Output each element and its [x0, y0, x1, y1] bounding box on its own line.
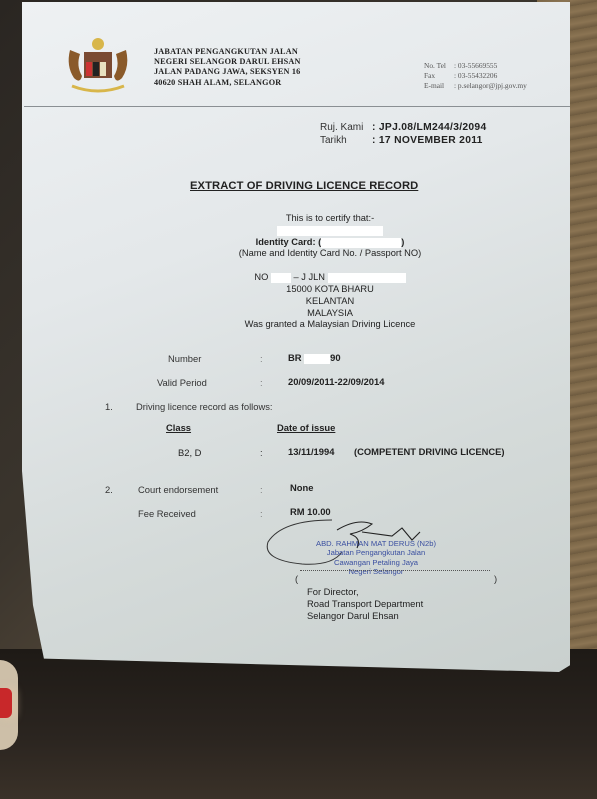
dark-floor-background: [0, 649, 597, 799]
stamp-department: Jabatan Pengangkutan Jalan: [276, 548, 476, 557]
section-1-number: 1.: [105, 401, 113, 412]
redacted-licence-number: [304, 354, 330, 364]
colon: :: [260, 484, 263, 495]
court-endorsement-label: Court endorsement: [138, 484, 218, 495]
valid-period-value: 20/09/2011-22/09/2014: [288, 376, 384, 387]
ref-value: : JPJ.08/LM244/3/2094: [372, 122, 487, 133]
state-name: Selangor Darul Ehsan: [307, 610, 423, 622]
stamp-branch: Cawangan Petaling Jaya: [276, 558, 476, 567]
identity-close: ): [401, 237, 404, 247]
agency-address: JABATAN PENGANGKUTAN JALAN NEGERI SELANG…: [154, 47, 301, 88]
agency-line: JALAN PADANG JAWA, SEKSYEN 16: [154, 67, 301, 77]
address-line-3: KELANTAN: [150, 296, 510, 306]
name-note: (Name and Identity Card No. / Passport N…: [150, 248, 510, 258]
licence-number-suffix: 90: [330, 352, 340, 363]
address-line-1: NO – J JLN: [150, 272, 510, 283]
address-line-2: 15000 KOTA BHARU: [150, 284, 510, 294]
redacted-name: [277, 226, 383, 236]
colon: :: [260, 377, 263, 388]
address-no: NO: [254, 272, 268, 282]
name-redacted-row: [150, 225, 510, 236]
colon: :: [260, 353, 263, 364]
paren-close: ): [494, 573, 497, 584]
address-line-4: MALAYSIA: [150, 308, 510, 318]
colon: :: [260, 447, 263, 458]
granted-text: Was granted a Malaysian Driving Licence: [150, 319, 510, 329]
redacted-ic: [321, 238, 401, 248]
ref-label: Ruj. Kami: [320, 122, 372, 135]
date-column-header: Date of issue: [277, 422, 335, 433]
fax-label: Fax: [424, 71, 454, 81]
redacted-street: [328, 273, 406, 283]
identity-label: Identity Card: (: [256, 237, 322, 247]
agency-line: 40620 SHAH ALAM, SELANGOR: [154, 78, 301, 88]
licence-number: BR 90: [288, 352, 341, 364]
for-director: For Director,: [307, 586, 423, 598]
section-1-heading: Driving licence record as follows:: [136, 401, 273, 412]
date-value: : 17 NOVEMBER 2011: [372, 135, 483, 146]
licence-class: B2, D: [178, 447, 201, 458]
agency-line: NEGERI SELANGOR DARUL EHSAN: [154, 57, 301, 67]
fee-received-label: Fee Received: [138, 508, 196, 519]
address-street: – J JLN: [294, 272, 326, 282]
email-label: E-mail: [424, 81, 454, 91]
identity-row: Identity Card: (): [150, 237, 510, 248]
reference-block: Ruj. Kami: JPJ.08/LM244/3/2094 Tarikh: 1…: [320, 122, 487, 147]
valid-period-label: Valid Period: [157, 377, 207, 388]
red-object: [0, 688, 12, 718]
fax-value: : 03-55432206: [454, 71, 497, 80]
signatory-block: For Director, Road Transport Department …: [307, 586, 423, 622]
tel-label: No. Tel: [424, 61, 454, 71]
letterhead-divider: [24, 106, 570, 107]
stamp-state: Negeri Selangor: [276, 567, 476, 576]
licence-number-prefix: BR: [288, 352, 302, 363]
signature-dotted-line: [300, 570, 490, 571]
paren-open: (: [295, 573, 298, 584]
class-column-header: Class: [166, 422, 191, 433]
section-2-number: 2.: [105, 484, 113, 495]
licence-status: (COMPETENT DRIVING LICENCE): [354, 446, 505, 457]
email-value: : p.selangor@jpj.gov.my: [454, 81, 527, 90]
agency-line: JABATAN PENGANGKUTAN JALAN: [154, 47, 301, 57]
malaysia-coat-of-arms-icon: [64, 36, 132, 96]
number-label: Number: [168, 353, 201, 364]
date-label: Tarikh: [320, 135, 372, 148]
document-title: EXTRACT OF DRIVING LICENCE RECORD: [190, 180, 418, 192]
department-name: Road Transport Department: [307, 598, 423, 610]
tel-value: : 03-55669555: [454, 61, 497, 70]
issue-date: 13/11/1994: [288, 446, 334, 457]
stamp-officer-name: ABD. RAHMAN MAT DERUS (N2b): [276, 539, 476, 548]
contact-info: No. Tel: 03-55669555 Fax: 03-55432206 E-…: [424, 61, 527, 90]
certify-text: This is to certify that:-: [150, 213, 510, 223]
court-endorsement-value: None: [290, 482, 313, 493]
redacted-house-no: [271, 273, 291, 283]
